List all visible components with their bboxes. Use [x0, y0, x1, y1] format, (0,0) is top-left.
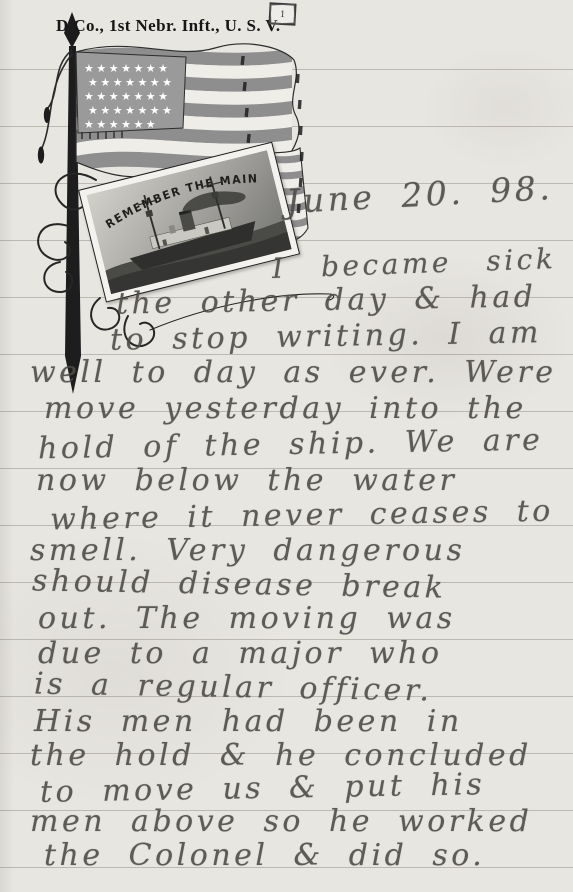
handwritten-line: men above so he worked: [30, 807, 532, 837]
handwritten-line: the hold & he concluded: [30, 741, 532, 771]
handwritten-line: out. The moving was: [38, 604, 456, 634]
page-number: 1: [280, 8, 286, 19]
svg-text:★★★★★★★: ★★★★★★★: [84, 90, 171, 103]
handwritten-line: now below the water: [36, 466, 457, 496]
handwritten-line: should disease break: [32, 566, 447, 603]
flag-canton: ★★★★★★★ ★★★★★★★ ★★★★★★★ ★★★★★★★ ★★★★★★: [76, 52, 186, 139]
handwritten-line: due to a major who: [38, 639, 443, 669]
svg-text:★★★★★★★: ★★★★★★★: [88, 104, 175, 117]
handwritten-line: the Colonel & did so.: [44, 841, 485, 871]
svg-text:★★★★★★: ★★★★★★: [84, 118, 158, 131]
letterhead-unit: D Co., 1st Nebr. Inft., U. S. V.: [56, 16, 281, 36]
page-number-badge: 1: [268, 2, 296, 25]
handwritten-line: where it never ceases to: [50, 497, 554, 536]
letter-page: ★★★★★★★ ★★★★★★★ ★★★★★★★ ★★★★★★★ ★★★★★★: [0, 0, 573, 892]
svg-text:★★★★★★★: ★★★★★★★: [88, 76, 175, 89]
handwritten-line: is a regular officer.: [34, 670, 433, 707]
tassel-cords: [38, 50, 72, 164]
handwritten-line: to move us & put his: [40, 770, 486, 808]
handwritten-line: hold of the ship. We are: [38, 426, 544, 465]
svg-text:★★★★★★★: ★★★★★★★: [84, 62, 171, 75]
handwritten-line: smell. Very dangerous: [30, 536, 465, 566]
handwritten-line: His men had been in: [34, 707, 463, 737]
